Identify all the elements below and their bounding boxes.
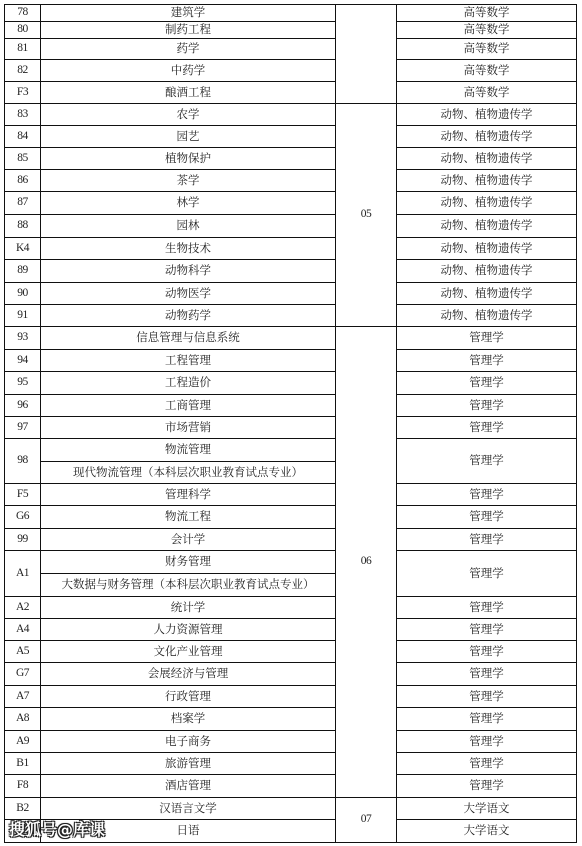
- major-name-cell: 工商管理: [41, 395, 336, 417]
- exam-subject-cell: 动物、植物遗传学: [397, 192, 577, 215]
- table-row: 91动物药学动物、植物遗传学: [5, 305, 577, 327]
- exam-subject-cell: 管理学: [397, 417, 577, 439]
- exam-subject-cell: 管理学: [397, 708, 577, 731]
- table-row: A2统计学管理学: [5, 597, 577, 619]
- exam-subject-cell: 管理学: [397, 551, 577, 597]
- major-code-cell: 88: [5, 215, 41, 238]
- exam-subject-cell: 管理学: [397, 529, 577, 551]
- table-row: 99会计学管理学: [5, 529, 577, 551]
- exam-subject-cell: 高等数学: [397, 22, 577, 39]
- major-name-cell: 动物医学: [41, 283, 336, 305]
- major-code-cell: 80: [5, 22, 41, 39]
- major-code-cell: 96: [5, 395, 41, 417]
- major-name-cell: 电子商务: [41, 731, 336, 753]
- major-code-cell: 83: [5, 104, 41, 126]
- major-code-cell: A2: [5, 597, 41, 619]
- table-row: 86茶学动物、植物遗传学: [5, 170, 577, 192]
- exam-subject-cell: 管理学: [397, 753, 577, 775]
- major-name-cell: 旅游管理: [41, 753, 336, 775]
- group-code-cell: 06: [336, 327, 397, 798]
- exam-subject-cell: 动物、植物遗传学: [397, 104, 577, 126]
- table-row: 94工程管理管理学: [5, 350, 577, 372]
- major-code-cell: G6: [5, 506, 41, 529]
- major-code-cell: A8: [5, 708, 41, 731]
- major-name-cell: 人力资源管理: [41, 619, 336, 641]
- exam-subject-cell: 动物、植物遗传学: [397, 238, 577, 260]
- major-name-cell: 生物技术: [41, 238, 336, 260]
- table-row: 97市场营销管理学: [5, 417, 577, 439]
- table-row: F8酒店管理管理学: [5, 775, 577, 798]
- major-name-cell: 物流管理: [41, 439, 336, 462]
- table-row: 90动物医学动物、植物遗传学: [5, 283, 577, 305]
- major-code-cell: A9: [5, 731, 41, 753]
- exam-subject-cell: 管理学: [397, 663, 577, 686]
- table-body: 78建筑学高等数学80制药工程高等数学81药学高等数学82中药学高等数学F3酿酒…: [5, 5, 577, 843]
- major-code-cell: F3: [5, 82, 41, 104]
- exam-subject-cell: 高等数学: [397, 82, 577, 104]
- exam-subject-cell: 管理学: [397, 327, 577, 350]
- table-row: A4人力资源管理管理学: [5, 619, 577, 641]
- major-code-cell: B1: [5, 753, 41, 775]
- exam-subject-cell: 管理学: [397, 775, 577, 798]
- major-name-cell: 财务管理: [41, 551, 336, 574]
- major-name-cell: 酿酒工程: [41, 82, 336, 104]
- major-name-cell: 管理科学: [41, 484, 336, 506]
- exam-subject-cell: 管理学: [397, 506, 577, 529]
- table-row: 98物流管理管理学: [5, 439, 577, 462]
- table-row: G6物流工程管理学: [5, 506, 577, 529]
- table-row: 95工程造价管理学: [5, 372, 577, 395]
- table-row: F3酿酒工程高等数学: [5, 82, 577, 104]
- exam-subject-cell: 管理学: [397, 731, 577, 753]
- watermark: 搜狐号@库课: [9, 817, 105, 840]
- table-row: A5文化产业管理管理学: [5, 641, 577, 663]
- exam-subject-cell: 动物、植物遗传学: [397, 260, 577, 283]
- major-code-cell: F8: [5, 775, 41, 798]
- table-row: 85植物保护动物、植物遗传学: [5, 148, 577, 170]
- major-name-cell: 市场营销: [41, 417, 336, 439]
- major-code-cell: 89: [5, 260, 41, 283]
- exam-subject-cell: 动物、植物遗传学: [397, 215, 577, 238]
- group-code-cell: 07: [336, 798, 397, 843]
- major-code-cell: 84: [5, 126, 41, 148]
- major-code-cell: K4: [5, 238, 41, 260]
- exam-subject-cell: 管理学: [397, 597, 577, 619]
- major-code-cell: 85: [5, 148, 41, 170]
- major-code-cell: 82: [5, 60, 41, 82]
- exam-subject-cell: 管理学: [397, 484, 577, 506]
- table-row: 82中药学高等数学: [5, 60, 577, 82]
- exam-subject-cell: 动物、植物遗传学: [397, 148, 577, 170]
- exam-subject-cell: 动物、植物遗传学: [397, 170, 577, 192]
- table-row: K4生物技术动物、植物遗传学: [5, 238, 577, 260]
- table-row: 78建筑学高等数学: [5, 5, 577, 22]
- exam-subject-cell: 动物、植物遗传学: [397, 283, 577, 305]
- major-code-cell: G7: [5, 663, 41, 686]
- table-row: B1旅游管理管理学: [5, 753, 577, 775]
- table-row: F5管理科学管理学: [5, 484, 577, 506]
- table-row: A1财务管理管理学: [5, 551, 577, 574]
- major-name-cell: 会展经济与管理: [41, 663, 336, 686]
- major-code-cell: 81: [5, 39, 41, 60]
- major-name-cell: 园艺: [41, 126, 336, 148]
- major-name-cell: 动物药学: [41, 305, 336, 327]
- major-name-cell: 动物科学: [41, 260, 336, 283]
- exam-subject-cell: 管理学: [397, 619, 577, 641]
- exam-subject-cell: 动物、植物遗传学: [397, 126, 577, 148]
- table-row: A8档案学管理学: [5, 708, 577, 731]
- table-row: 88园林动物、植物遗传学: [5, 215, 577, 238]
- major-name-cell: 物流工程: [41, 506, 336, 529]
- exam-subject-cell: 管理学: [397, 372, 577, 395]
- table-row: 89动物科学动物、植物遗传学: [5, 260, 577, 283]
- exam-subject-cell: 管理学: [397, 350, 577, 372]
- major-name-cell: 文化产业管理: [41, 641, 336, 663]
- table-row: 83农学05动物、植物遗传学: [5, 104, 577, 126]
- table-row: G7会展经济与管理管理学: [5, 663, 577, 686]
- major-code-cell: 97: [5, 417, 41, 439]
- exam-subject-cell: 管理学: [397, 686, 577, 708]
- major-name-cell: 园林: [41, 215, 336, 238]
- major-code-cell: 93: [5, 327, 41, 350]
- major-name-cell: 现代物流管理（本科层次职业教育试点专业）: [41, 461, 336, 484]
- major-code-cell: A1: [5, 551, 41, 597]
- major-name-cell: 档案学: [41, 708, 336, 731]
- major-code-cell: F5: [5, 484, 41, 506]
- major-code-cell: 99: [5, 529, 41, 551]
- table-row: 84园艺动物、植物遗传学: [5, 126, 577, 148]
- table-row: 80制药工程高等数学: [5, 22, 577, 39]
- table-row: A7行政管理管理学: [5, 686, 577, 708]
- major-name-cell: 植物保护: [41, 148, 336, 170]
- major-code-cell: 90: [5, 283, 41, 305]
- exam-subject-cell: 高等数学: [397, 60, 577, 82]
- major-name-cell: 工程管理: [41, 350, 336, 372]
- major-subject-table: 78建筑学高等数学80制药工程高等数学81药学高等数学82中药学高等数学F3酿酒…: [4, 4, 577, 843]
- exam-subject-cell: 管理学: [397, 395, 577, 417]
- table-row: 93信息管理与信息系统06管理学: [5, 327, 577, 350]
- major-name-cell: 工程造价: [41, 372, 336, 395]
- major-name-cell: 茶学: [41, 170, 336, 192]
- group-code-cell: 05: [336, 104, 397, 327]
- major-code-cell: 86: [5, 170, 41, 192]
- major-code-cell: 87: [5, 192, 41, 215]
- exam-subject-cell: 动物、植物遗传学: [397, 305, 577, 327]
- major-name-cell: 制药工程: [41, 22, 336, 39]
- major-name-cell: 林学: [41, 192, 336, 215]
- exam-subject-cell: 高等数学: [397, 39, 577, 60]
- major-name-cell: 信息管理与信息系统: [41, 327, 336, 350]
- major-code-cell: 91: [5, 305, 41, 327]
- group-code-cell: [336, 5, 397, 104]
- major-code-cell: 98: [5, 439, 41, 484]
- major-name-cell: 统计学: [41, 597, 336, 619]
- major-name-cell: 大数据与财务管理（本科层次职业教育试点专业）: [41, 574, 336, 597]
- major-code-cell: A5: [5, 641, 41, 663]
- exam-subject-cell: 管理学: [397, 439, 577, 484]
- major-name-cell: 建筑学: [41, 5, 336, 22]
- major-name-cell: 酒店管理: [41, 775, 336, 798]
- major-name-cell: 会计学: [41, 529, 336, 551]
- table-row: 96工商管理管理学: [5, 395, 577, 417]
- exam-subject-cell: 大学语文: [397, 820, 577, 843]
- exam-subject-cell: 管理学: [397, 641, 577, 663]
- major-name-cell: 中药学: [41, 60, 336, 82]
- table-row: 81药学高等数学: [5, 39, 577, 60]
- major-name-cell: 药学: [41, 39, 336, 60]
- major-code-cell: 78: [5, 5, 41, 22]
- major-name-cell: 行政管理: [41, 686, 336, 708]
- exam-subject-cell: 大学语文: [397, 798, 577, 820]
- major-code-cell: 94: [5, 350, 41, 372]
- table-row: 87林学动物、植物遗传学: [5, 192, 577, 215]
- table-row: A9电子商务管理学: [5, 731, 577, 753]
- exam-subject-cell: 高等数学: [397, 5, 577, 22]
- major-code-cell: 95: [5, 372, 41, 395]
- major-name-cell: 农学: [41, 104, 336, 126]
- major-code-cell: A7: [5, 686, 41, 708]
- major-code-cell: A4: [5, 619, 41, 641]
